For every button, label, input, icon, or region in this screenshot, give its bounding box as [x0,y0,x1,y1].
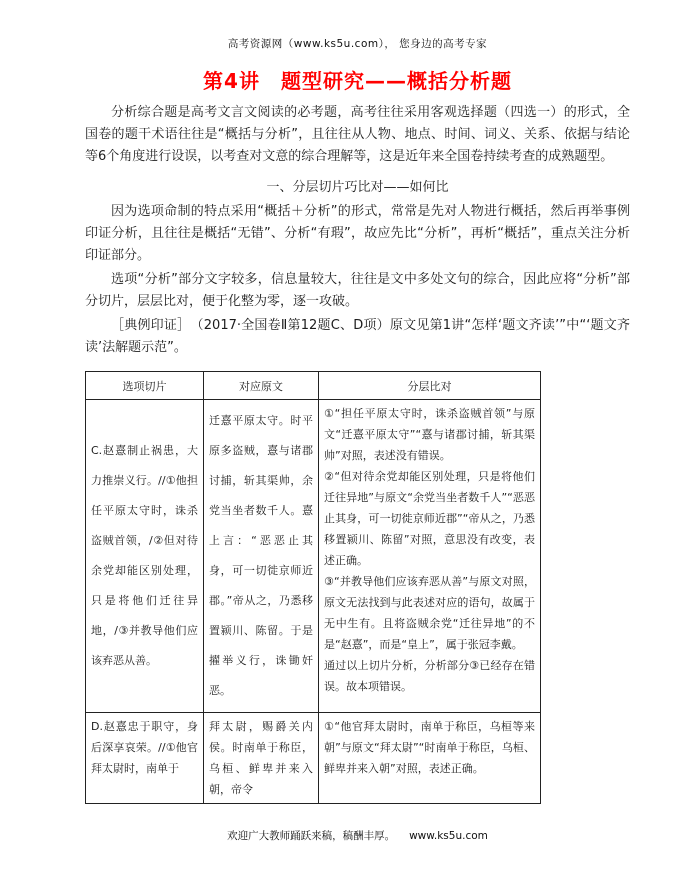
section-paragraph-2: 选项“分析”部分文字较多，信息量较大，往往是文中多处文句的综合，因此应将“分析”… [85,269,630,313]
option-c-analysis-cell: ①“担任平原太守时，诛杀盗贼首领”与原文“迁憙平原太守”“憙与诸郡讨捕，斩其渠帅… [319,400,541,713]
column-header-option-slice: 选项切片 [86,372,204,400]
site-header-line: 高考资源网（www.ks5u.com）， 您身边的高考专家 [85,0,630,51]
page-footer: 欢迎广大教师踊跃来稿，稿酬丰厚。www.ks5u.com [85,828,630,843]
page-title: 第4讲 题型研究——概括分析题 [85,65,630,94]
intro-paragraph: 分析综合题是高考文言文阅读的必考题，高考往往采用客观选择题（四选一）的形式，全国… [85,102,630,168]
option-c-source-cell: 迁憙平原太守。时平原多盗贼，憙与诸郡讨捕，斩其渠帅，余党当坐者数千人。憙上言：“… [204,400,319,713]
table-header-row: 选项切片 对应原文 分层比对 [86,372,541,400]
option-d-source-cell: 拜太尉，赐爵关内侯。时南单于称臣，乌桓、鲜卑并来入朝，帝令 [204,713,319,804]
footer-note: 欢迎广大教师踊跃来稿，稿酬丰厚。 [227,830,395,842]
footer-url: www.ks5u.com [409,830,488,842]
option-c-slice-cell: C.赵憙制止祸患，大力推崇义行。//①他担任平原太守时，诛杀盗贼首领，/②但对待… [86,400,204,713]
table-row-option-c: C.赵憙制止祸患，大力推崇义行。//①他担任平原太守时，诛杀盗贼首领，/②但对待… [86,400,541,713]
column-header-source-text: 对应原文 [204,372,319,400]
document-page: 高考资源网（www.ks5u.com）， 您身边的高考专家 第4讲 题型研究——… [0,0,700,843]
table-row-option-d: D.赵憙忠于职守，身后深享哀荣。//①他官拜太尉时，南单于 拜太尉，赐爵关内侯。… [86,713,541,804]
column-header-layer-comparison: 分层比对 [319,372,541,400]
section-heading: 一、分层切片巧比对——如何比 [85,176,630,195]
comparison-table: 选项切片 对应原文 分层比对 C.赵憙制止祸患，大力推崇义行。//①他担任平原太… [85,371,541,804]
option-d-analysis-cell: ①“他官拜太尉时，南单于称臣，乌桓等来朝”与原文“拜太尉”“时南单于称臣，乌桓、… [319,713,541,804]
example-lead-paragraph: ［典例印证］ （2017·全国卷Ⅱ第12题C、D项）原文见第1讲“怎样‘题文齐读… [85,315,630,359]
option-d-slice-cell: D.赵憙忠于职守，身后深享哀荣。//①他官拜太尉时，南单于 [86,713,204,804]
section-paragraph-1: 因为选项命制的特点采用“概括＋分析”的形式，常常是先对人物进行概括，然后再举事例… [85,201,630,267]
